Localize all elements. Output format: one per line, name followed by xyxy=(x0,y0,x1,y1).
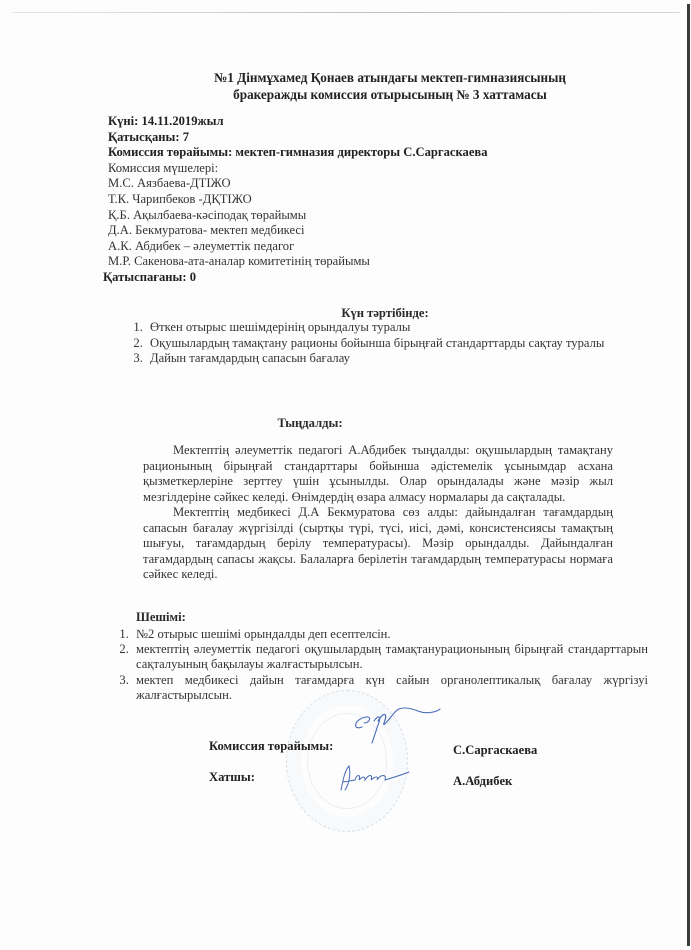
decision-heading: Шешімі: xyxy=(136,610,186,625)
document-title: №1 Дінмұхамед Қонаев атындағы мектеп-гим… xyxy=(110,69,670,103)
agenda-list: Өткен отырыс шешімдерінің орындалуы тура… xyxy=(118,320,636,367)
title-line-1: №1 Дінмұхамед Қонаев атындағы мектеп-гим… xyxy=(110,69,670,86)
secretary-name: А.Абдибек xyxy=(453,774,512,789)
member-item: А.К. Абдибек – әлеуметтік педагог xyxy=(108,239,628,255)
meeting-info: Күні: 14.11.2019жыл Қатысқаны: 7 Комисси… xyxy=(108,114,628,286)
title-line-2: бракеражды комиссия отырысының № 3 хатта… xyxy=(110,86,670,103)
agenda-item: Өткен отырыс шешімдерінің орындалуы тура… xyxy=(146,320,636,336)
heard-paragraph: Мектептің әлеуметтік педагогі А.Абдибек … xyxy=(143,443,613,505)
decision-item: мектептің әлеуметтік педагогі оқушыларды… xyxy=(132,642,648,672)
absent-count: Қатыспағаны: 0 xyxy=(103,270,628,286)
attended-count: Қатысқаны: 7 xyxy=(108,130,628,146)
member-item: М.Р. Сакенова-ата-аналар комитетінің төр… xyxy=(108,254,628,270)
chair-signature-icon xyxy=(348,705,443,750)
chair-signature-label: Комиссия төрайымы: xyxy=(209,739,333,754)
secretary-signature-icon xyxy=(335,760,415,801)
decision-item: №2 отырыс шешімі орындалды деп есептелсі… xyxy=(132,627,648,642)
decision-list: №2 отырыс шешімі орындалды деп есептелсі… xyxy=(104,627,648,703)
member-item: М.С. Аязбаева-ДТІЖО xyxy=(108,176,628,192)
chair-name: С.Саргаскаева xyxy=(453,743,537,758)
members-heading: Комиссия мүшелері: xyxy=(108,161,628,177)
document-page: №1 Дінмұхамед Қонаев атындағы мектеп-гим… xyxy=(0,0,691,950)
agenda-heading: Күн тәртібінде: xyxy=(110,306,660,321)
member-item: Д.А. Бекмуратова- мектеп медбикесі xyxy=(108,223,628,239)
decision-item: мектеп медбикесі дайын тағамдарға күн са… xyxy=(132,673,648,703)
agenda-item: Оқушылардың тамақтану рационы бойынша бі… xyxy=(146,336,636,352)
heard-paragraph: Мектептің медбикесі Д.А Бекмуратова сөз … xyxy=(143,505,613,583)
secretary-signature-label: Хатшы: xyxy=(209,770,255,785)
member-item: Т.К. Чарипбеков -ДҚТІЖО xyxy=(108,192,628,208)
agenda-item: Дайын тағамдардың сапасын бағалау xyxy=(146,351,636,367)
meeting-date: Күні: 14.11.2019жыл xyxy=(108,114,628,130)
heard-heading: Тыңдалды: xyxy=(110,416,510,431)
member-item: Қ.Б. Ақылбаева-кәсіподақ төрайымы xyxy=(108,208,628,224)
commission-chair: Комиссия төрайымы: мектеп-гимназия дирек… xyxy=(108,145,628,161)
